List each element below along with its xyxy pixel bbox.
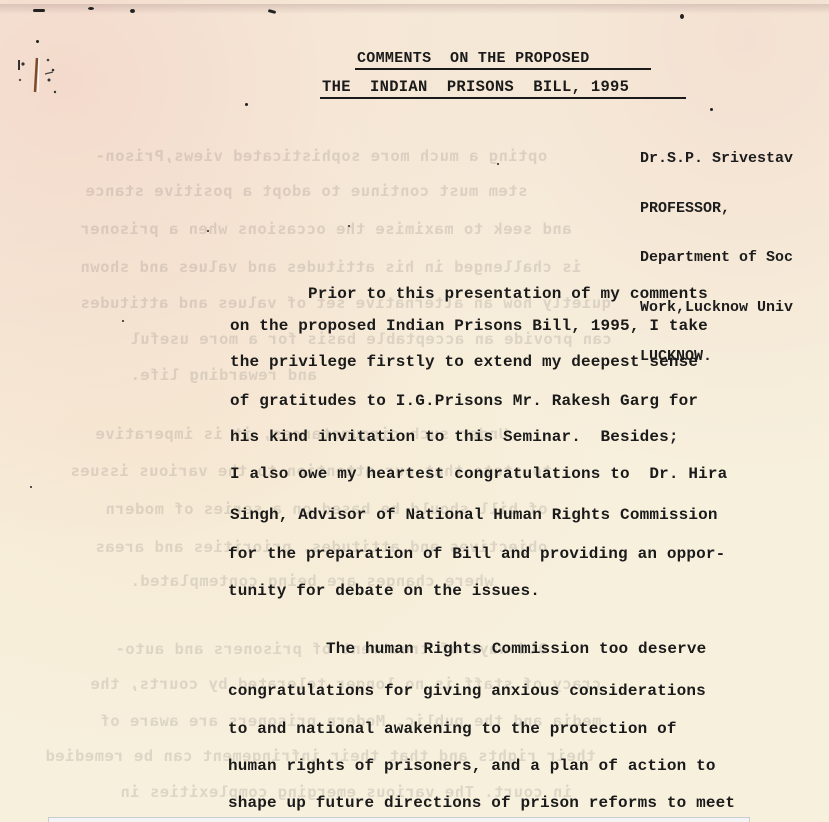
bottom-frame-edge (48, 817, 750, 822)
title-underline (320, 97, 686, 99)
scan-speck (33, 9, 45, 12)
document-title-line-1: COMMENTS ON THE PROPOSED (357, 50, 590, 67)
scan-speck (30, 486, 32, 488)
author-name: Dr.S.P. Srivestav (640, 151, 793, 168)
ink-stain-mark (15, 52, 60, 102)
author-department: Department of Soc (640, 250, 793, 267)
paragraph-1-line: for the preparation of Bill and providin… (228, 545, 725, 563)
paragraph-2-line: human rights of prisoners, and a plan of… (228, 757, 716, 775)
bleed-through-line: is challenged in his attitudes and value… (80, 258, 581, 276)
paragraph-1-line: Singh, Advisor of National Human Rights … (230, 506, 718, 524)
scan-speck (680, 14, 684, 19)
scan-speck (36, 40, 39, 43)
scanned-document-page: opting a much more sophisticated views,P… (0, 0, 829, 822)
paragraph-1-line: Prior to this presentation of my comment… (230, 285, 708, 303)
scan-speck (130, 9, 135, 13)
scan-speck (122, 320, 124, 322)
bleed-through-line: stem must continue to adopt a positive s… (85, 182, 527, 200)
paragraph-2-line: congratulations for giving anxious consi… (228, 682, 706, 700)
paragraph-1-line: tunity for debate on the issues. (228, 582, 540, 600)
paragraph-2-line: shape up future directions of prison ref… (228, 794, 735, 812)
author-title: PROFESSOR, (640, 201, 793, 218)
scan-speck (710, 108, 713, 111)
title-underline (355, 68, 651, 70)
document-title-line-2: THE INDIAN PRISONS BILL, 1995 (322, 78, 629, 96)
paragraph-2-line: The human Rights Commission too deserve (248, 640, 706, 658)
bleed-through-line: and seek to maximise the occasions when … (80, 220, 572, 238)
paragraph-2-line: to and national awakening to the protect… (228, 720, 677, 738)
paragraph-1-line: I also owe my heartest congratulations t… (230, 465, 727, 483)
paper-top-edge (0, 4, 829, 14)
paragraph-1-line: the privilege firstly to extend my deepe… (230, 353, 698, 371)
paragraph-1-line: of gratitudes to I.G.Prisons Mr. Rakesh … (230, 392, 698, 410)
scan-speck (88, 7, 94, 10)
scan-speck (245, 103, 248, 106)
paragraph-1-line: his kind invitation to this Seminar. Bes… (230, 428, 679, 446)
paragraph-1-line: on the proposed Indian Prisons Bill, 199… (230, 317, 708, 335)
bleed-through-line: opting a much more sophisticated views,P… (95, 147, 547, 165)
